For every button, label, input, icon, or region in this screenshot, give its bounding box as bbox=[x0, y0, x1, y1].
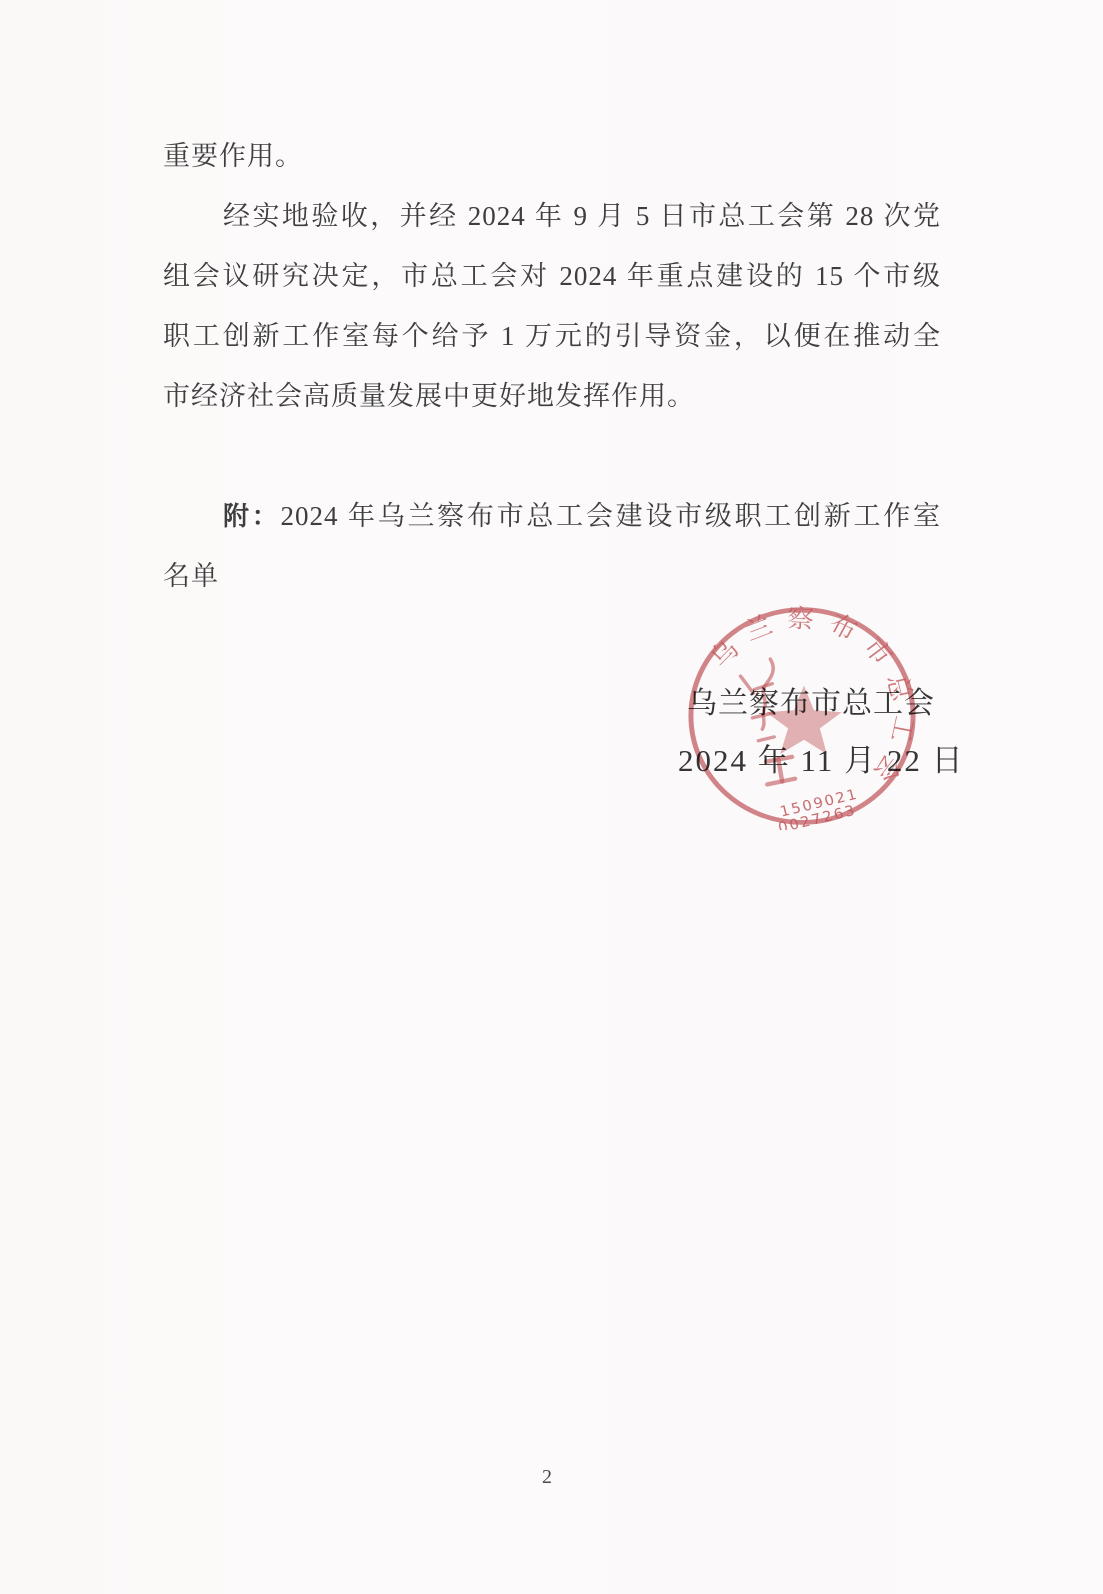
page-number: 2 bbox=[0, 1466, 1095, 1489]
attachment-line-2: 名单 bbox=[163, 546, 941, 606]
signature-organization: 乌兰察布市总工会 bbox=[687, 678, 935, 722]
signature-date: 2024 年 11 月 22 日 bbox=[678, 735, 965, 780]
attachment-label: 附： bbox=[223, 501, 280, 531]
attachment-line: 附：2024 年乌兰察布市总工会建设市级职工创新工作室 bbox=[163, 486, 941, 546]
paragraph2-line-1: 经实地验收，并经 2024 年 9 月 5 日市总工会第 28 次党 bbox=[163, 186, 941, 246]
seal-serial-1: 1509021 bbox=[778, 786, 860, 821]
document-body: 重要作用。 经实地验收，并经 2024 年 9 月 5 日市总工会第 28 次党… bbox=[163, 126, 941, 606]
seal-serial-numbers: 1509021 0027263 bbox=[773, 786, 864, 830]
paragraph2-line-2: 组会议研究决定，市总工会对 2024 年重点建设的 15 个市级 bbox=[163, 246, 941, 306]
blank-line bbox=[163, 426, 941, 486]
seal-serial-2: 0027263 bbox=[776, 802, 858, 830]
document-page: 重要作用。 经实地验收，并经 2024 年 9 月 5 日市总工会第 28 次党… bbox=[0, 0, 1103, 1594]
paragraph2-line-3: 职工创新工作室每个给予 1 万元的引导资金，以便在推动全 bbox=[163, 306, 941, 366]
paragraph2-line-4: 市经济社会高质量发展中更好地发挥作用。 bbox=[163, 366, 941, 426]
paragraph1-last-line: 重要作用。 bbox=[163, 126, 941, 186]
attachment-title: 2024 年乌兰察布市总工会建设市级职工创新工作室 bbox=[280, 501, 941, 531]
